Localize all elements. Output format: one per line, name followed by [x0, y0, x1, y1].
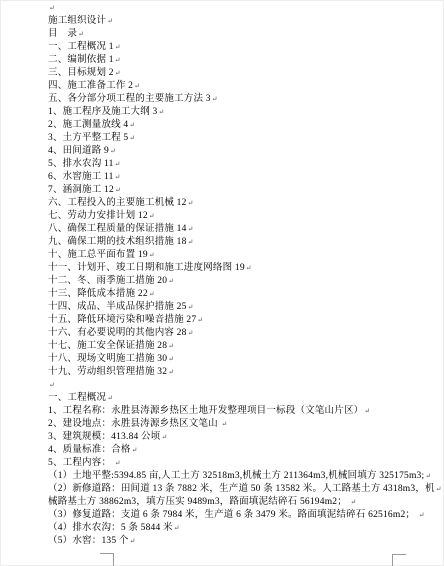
paragraph-mark-icon: ↵ [78, 30, 84, 38]
doc-line: 施工组织设计↵ [48, 15, 444, 28]
doc-line-text: 一、工程概况 [48, 393, 106, 403]
paragraph-mark-icon: ↵ [246, 264, 252, 272]
doc-line-text: 十八、现场文明施工措施 30 [48, 354, 167, 364]
paragraph-mark-icon: ↵ [115, 43, 121, 51]
doc-line-text: 二、编制依据 1 [48, 55, 114, 65]
paragraph-mark-icon: ↵ [110, 147, 116, 155]
paragraph-mark-icon: ↵ [115, 173, 121, 181]
doc-line: 一、工程概况 1↵ [48, 41, 444, 54]
paragraph-mark-icon: ↵ [129, 134, 135, 142]
doc-line-text: 目 录 [48, 29, 77, 39]
doc-line: 十五、降低环境污染和噪音措施 27↵ [48, 314, 444, 327]
page-margin-corner-mark-left [100, 553, 114, 566]
doc-line-text: 4、质量标准：合格 [48, 445, 131, 455]
doc-line: 十六、有必要说明的其他内容 28↵ [48, 327, 444, 340]
doc-line-text: （3）修复道路：支道 6 条 7984 米，生产道 6 条 3479 米。路面填… [48, 510, 418, 520]
doc-line: 五、各分部分项工程的主要施工方法 3↵ [48, 93, 444, 106]
paragraph-mark-icon: ↵ [168, 368, 174, 376]
paragraph-mark-icon: ↵ [158, 108, 164, 116]
doc-line: （5）水窖：135 个↵ [48, 535, 444, 548]
paragraph-mark-icon: ↵ [188, 238, 194, 246]
doc-line: 二、编制依据 1↵ [48, 54, 444, 67]
paragraph-mark-icon: ↵ [132, 446, 138, 454]
doc-line-text: 十一、计划开、竣工日期和施工进度网络图 19 [48, 263, 245, 273]
doc-line: 九、确保工期的技术组织措施 18↵ [48, 236, 444, 249]
doc-line-text: （5）水窖：135 个 [48, 536, 129, 546]
doc-line-text: （1）土地平整:5394.85 亩,人工土方 32518m3,机械土方 2113… [48, 471, 424, 481]
doc-line-text: 1、施工程序及施工大纲 3 [48, 107, 157, 117]
paragraph-mark-icon: ↵ [212, 95, 218, 103]
doc-line-text: 三、目标规划 2 [48, 68, 114, 78]
paragraph-mark-icon: ↵ [419, 511, 425, 519]
doc-line-text: 十六、有必要说明的其他内容 28 [48, 328, 187, 338]
doc-line-text: 一、工程概况 1 [48, 42, 114, 52]
doc-line-text: 十四、成品、半成品保护措施 25 [48, 302, 187, 312]
doc-line-text: 十二、冬、雨季施工措施 20 [48, 276, 167, 286]
paragraph-mark-icon: ↵ [364, 407, 370, 415]
doc-line: 十、施工总平面布置 19↵ [48, 249, 444, 262]
doc-line: 六、工程投入的主要施工机械 12↵ [48, 197, 444, 210]
doc-line-text: 5、排水农沟 11 [48, 159, 114, 169]
doc-line-text: 十五、降低环境污染和噪音措施 27 [48, 315, 196, 325]
paragraph-mark-icon: ↵ [197, 316, 203, 324]
doc-line: 十四、成品、半成品保护措施 25↵ [48, 301, 444, 314]
doc-line: 械路基土方 38862m3，填方压实 9489m3，路面填泥结碎石 56194m… [48, 496, 444, 509]
paragraph-mark-icon: ↵ [129, 121, 135, 129]
paragraph-mark-icon: ↵ [168, 277, 174, 285]
doc-line: 四、施工准备工作 2↵ [48, 80, 444, 93]
doc-line-text: 7、涵洞施工 12 [48, 185, 114, 195]
doc-line: 2、建设地点：永胜县涛源乡热区文笔山 ↵ [48, 418, 444, 431]
doc-line-text: （2）新修道路：田间道 13 条 7882 米，生产道 50 条 13582 米… [48, 484, 435, 494]
doc-line-text: 3、土方平整工程 5 [48, 133, 128, 143]
paragraph-mark-icon: ↵ [134, 82, 140, 90]
doc-line: 5、排水农沟 11↵ [48, 158, 444, 171]
paragraph-mark-icon: ↵ [149, 290, 155, 298]
page-margin-corner-mark-right [392, 554, 406, 566]
doc-line: 八、确保工程质量的保证措施 14↵ [48, 223, 444, 236]
doc-line-text: 2、建设地点：永胜县涛源乡热区文笔山 [48, 419, 220, 429]
doc-line-text: 五、各分部分项工程的主要施工方法 3 [48, 94, 211, 104]
doc-line-text: 十三、降低成本措施 22 [48, 289, 148, 299]
doc-line: 1、工程名称：永胜县涛源乡热区土地开发整理项目一标段（文笔山片区）↵ [48, 405, 444, 418]
doc-line: 6、水窖施工 11↵ [48, 171, 444, 184]
doc-line: 十二、冬、雨季施工措施 20↵ [48, 275, 444, 288]
paragraph-mark-icon: ↵ [107, 394, 113, 402]
paragraph-mark-icon: ↵ [115, 160, 121, 168]
paragraph-mark-icon: ↵ [49, 381, 55, 389]
doc-line-text: 施工组织设计 [48, 16, 106, 26]
paragraph-mark-icon: ↵ [188, 225, 194, 233]
doc-line-text: 十、施工总平面布置 19 [48, 250, 148, 260]
paragraph-mark-icon: ↵ [161, 433, 167, 441]
doc-line: 4、质量标准：合格↵ [48, 444, 444, 457]
doc-line: 1、施工程序及施工大纲 3↵ [48, 106, 444, 119]
paragraph-mark-icon: ↵ [115, 56, 121, 64]
paragraph-mark-icon: ↵ [168, 355, 174, 363]
doc-line: （3）修复道路：支道 6 条 7984 米，生产道 6 条 3479 米。路面填… [48, 509, 444, 522]
doc-line-text: 1、工程名称：永胜县涛源乡热区土地开发整理项目一标段（文笔山片区） [48, 406, 363, 416]
paragraph-mark-icon: ↵ [130, 537, 136, 545]
doc-line: ↵ [48, 379, 444, 392]
paragraph-mark-icon: ↵ [351, 498, 357, 506]
doc-line-text: 6、水窖施工 11 [48, 172, 114, 182]
doc-line: （4）排水农沟：5 条 5844 米↵ [48, 522, 444, 535]
doc-line: 目 录↵ [48, 28, 444, 41]
doc-line-text: 九、确保工期的技术组织措施 18 [48, 237, 187, 247]
doc-line: 七、劳动力安排计划 12↵ [48, 210, 444, 223]
doc-line: 3、土方平整工程 5↵ [48, 132, 444, 145]
doc-line: （1）土地平整:5394.85 亩,人工土方 32518m3,机械土方 2113… [48, 470, 444, 483]
doc-line: 5、工程内容： ↵ [48, 457, 444, 470]
doc-line-text: 械路基土方 38862m3，填方压实 9489m3，路面填泥结碎石 56194m… [48, 497, 350, 507]
paragraph-mark-icon: ↵ [425, 472, 431, 480]
paragraph-mark-icon: ↵ [149, 251, 155, 259]
doc-line: 十八、现场文明施工措施 30↵ [48, 353, 444, 366]
paragraph-mark-icon: ↵ [115, 186, 121, 194]
paragraph-mark-icon: ↵ [115, 459, 121, 467]
paragraph-mark-icon: ↵ [188, 303, 194, 311]
doc-line-text: 4、田间道路 9 [48, 146, 109, 156]
doc-line-text: 七、劳动力安排计划 12 [48, 211, 148, 221]
doc-line-text: 四、施工准备工作 2 [48, 81, 133, 91]
doc-line: 十三、降低成本措施 22↵ [48, 288, 444, 301]
doc-line: 4、田间道路 9↵ [48, 145, 444, 158]
doc-line-text: 5、工程内容： [48, 458, 114, 468]
paragraph-mark-icon: ↵ [174, 524, 180, 532]
paragraph-mark-icon: ↵ [49, 4, 55, 12]
doc-line: （2）新修道路：田间道 13 条 7882 米，生产道 50 条 13582 米… [48, 483, 444, 496]
doc-line: 三、目标规划 2↵ [48, 67, 444, 80]
paragraph-mark-icon: ↵ [221, 420, 227, 428]
doc-line-text: 3、建筑规模：413.84 公顷 [48, 432, 160, 442]
doc-line-text: 十七、施工安全保证措施 28 [48, 341, 167, 351]
doc-line-text: （4）排水农沟：5 条 5844 米 [48, 523, 173, 533]
paragraph-mark-icon: ↵ [107, 17, 113, 25]
doc-line: 十九、劳动组织管理措施 32↵ [48, 366, 444, 379]
document-body: ↵施工组织设计↵目 录↵一、工程概况 1↵二、编制依据 1↵三、目标规划 2↵四… [48, 2, 444, 548]
doc-line-text: 2、施工测量放线 4 [48, 120, 128, 130]
doc-line-text: 六、工程投入的主要施工机械 12 [48, 198, 187, 208]
doc-line-text: 十九、劳动组织管理措施 32 [48, 367, 167, 377]
doc-line: ↵ [48, 2, 444, 15]
paragraph-mark-icon: ↵ [115, 69, 121, 77]
doc-line: 十一、计划开、竣工日期和施工进度网络图 19↵ [48, 262, 444, 275]
paragraph-mark-icon: ↵ [168, 342, 174, 350]
doc-line: 3、建筑规模：413.84 公顷↵ [48, 431, 444, 444]
doc-line-text: 八、确保工程质量的保证措施 14 [48, 224, 187, 234]
paragraph-mark-icon: ↵ [188, 199, 194, 207]
doc-line: 7、涵洞施工 12↵ [48, 184, 444, 197]
paragraph-mark-icon: ↵ [188, 329, 194, 337]
paragraph-mark-icon: ↵ [436, 485, 442, 493]
doc-line: 十七、施工安全保证措施 28↵ [48, 340, 444, 353]
doc-line: 一、工程概况↵ [48, 392, 444, 405]
paragraph-mark-icon: ↵ [149, 212, 155, 220]
doc-line: 2、施工测量放线 4↵ [48, 119, 444, 132]
